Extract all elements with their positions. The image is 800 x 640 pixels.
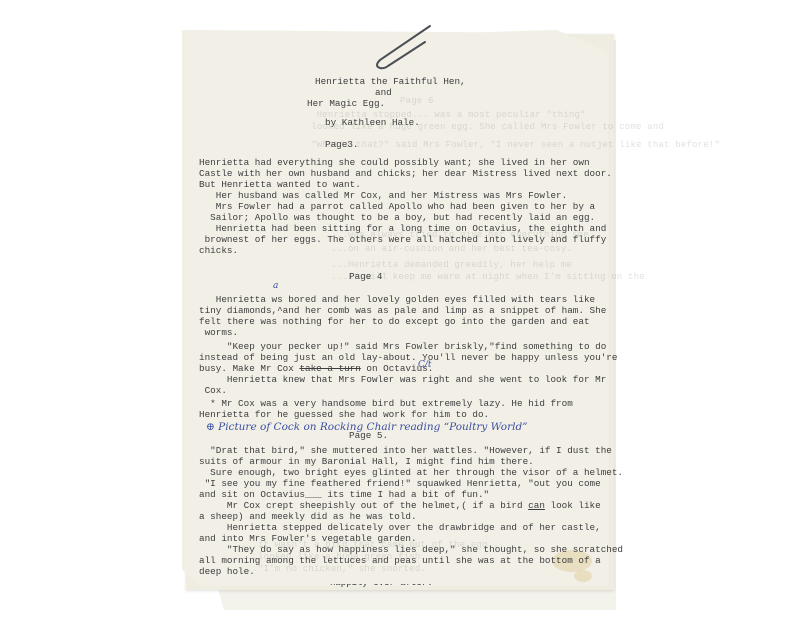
paragraph-line: "Keep your pecker up!" said Mrs Fowler b…: [199, 341, 606, 353]
paragraph-line: Henrietta stepped delicately over the dr…: [199, 522, 601, 534]
paragraph-line: and into Mrs Fowler's vegetable garden.: [199, 533, 417, 545]
paragraph-line: a sheep) and meekly did as he was told.: [199, 511, 417, 523]
struck-text: take a turn: [299, 363, 360, 374]
paragraph-line: Mrs Fowler had a parrot called Apollo wh…: [199, 201, 595, 213]
paragraph-line: Her husband was called Mr Cox, and her M…: [199, 190, 567, 202]
title-line-2: and: [375, 87, 392, 99]
paragraph-line: * Mr Cox was a very handsome bird but ex…: [199, 398, 573, 410]
insert-mark-annotation: a: [273, 281, 278, 291]
page4-heading: Page 4: [349, 271, 382, 283]
title-line-1: Henrietta the Faithful Hen,: [315, 76, 466, 88]
paragraph-line: Sure enough, two bright eyes glinted at …: [199, 467, 623, 479]
paragraph-line: and sit on Octavius___ its time I had a …: [199, 489, 489, 501]
paragraph-line: Cox.: [199, 385, 227, 397]
margin-mark-annotation: C/t: [418, 360, 432, 370]
paragraph-line: But Henrietta wanted to want.: [199, 179, 361, 191]
paragraph-line: felt there was nothing for her to do exc…: [199, 316, 590, 328]
paragraph-line: worms.: [199, 327, 238, 339]
paragraph-line: instead of being just an old lay-about. …: [199, 352, 617, 364]
paragraph-line: Henrietta ws bored and her lovely golden…: [199, 294, 595, 306]
underlined-text: can: [528, 500, 545, 511]
paragraph-line: Henrietta had been sitting for a long ti…: [199, 223, 606, 235]
paragraph-line: brownest of her eggs. The others were al…: [199, 234, 606, 246]
paragraph-line: Henrietta knew that Mrs Fowler was right…: [199, 374, 606, 386]
paragraph-line: "I see you my fine feathered friend!" sq…: [199, 478, 601, 490]
paragraph-line: suits of armour in my Baronial Hall, I m…: [199, 456, 534, 468]
sheep-line: Mr Cox crept sheepishly out of the helme…: [199, 500, 601, 512]
page3-heading: Page3.: [325, 139, 358, 151]
paragraph-line: "They do say as how happiness lies deep,…: [199, 544, 623, 556]
handwritten-note: ⊕ Picture of Cock on Rocking Chair readi…: [206, 421, 528, 433]
paragraph-line: all morning among the lettuces and peas …: [199, 555, 601, 567]
paragraph-line: "Drat that bird," she muttered into her …: [199, 445, 612, 457]
title-line-3: Her Magic Egg.: [307, 98, 385, 110]
typed-manuscript: Henrietta the Faithful Hen, and Her Magi…: [199, 0, 619, 557]
paragraph-line: Sailor; Apollo was thought to be a boy, …: [199, 212, 595, 224]
byline: by Kathleen Hale.: [325, 117, 420, 129]
paragraph-line: Henrietta had everything she could possi…: [199, 157, 590, 169]
paragraph-line: chicks.: [199, 245, 238, 257]
age-stain: [574, 570, 592, 582]
paragraph-line: deep hole.: [199, 566, 255, 578]
paragraph-line: tiny diamonds,^and her comb was as pale …: [199, 305, 606, 317]
busy-line: busy. Make Mr Cox take a turn on Octaviu…: [199, 363, 433, 375]
bottom-text-fragment: happily ever after.: [330, 584, 433, 588]
paragraph-line: Castle with her own husband and chicks; …: [199, 168, 612, 180]
paragraph-line: Henrietta for he guessed she had work fo…: [199, 409, 489, 421]
